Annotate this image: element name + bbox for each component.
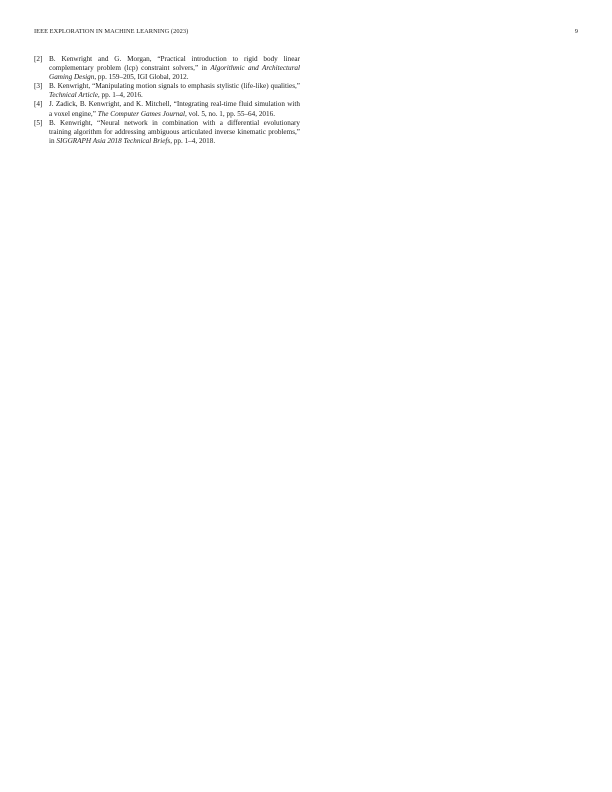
journal-title: IEEE EXPLORATION IN MACHINE LEARNING (20… — [34, 28, 188, 35]
reference-details: , pp. 1–4, 2016. — [98, 91, 143, 99]
reference-venue: Technical Article — [49, 91, 98, 99]
reference-details: , vol. 5, no. 1, pp. 55–64, 2016. — [185, 110, 275, 118]
reference-item: [2]B. Kenwright and G. Morgan, “Practica… — [34, 55, 300, 82]
running-header: IEEE EXPLORATION IN MACHINE LEARNING (20… — [34, 28, 578, 38]
reference-number: [4] — [34, 100, 42, 109]
reference-text: B. Kenwright, “Manipulating motion signa… — [49, 82, 300, 90]
reference-details: , pp. 159–205, IGI Global, 2012. — [94, 73, 188, 81]
reference-venue: SIGGRAPH Asia 2018 Technical Briefs — [56, 137, 170, 145]
reference-venue: The Computer Games Journal — [98, 110, 185, 118]
page-number: 9 — [575, 28, 578, 35]
reference-details: , pp. 1–4, 2018. — [170, 137, 215, 145]
reference-number: [2] — [34, 55, 42, 64]
reference-number: [5] — [34, 119, 42, 128]
reference-list: [2]B. Kenwright and G. Morgan, “Practica… — [34, 55, 300, 146]
reference-item: [5]B. Kenwright, “Neural network in comb… — [34, 119, 300, 146]
reference-item: [4]J. Zadick, B. Kenwright, and K. Mitch… — [34, 100, 300, 118]
reference-number: [3] — [34, 82, 42, 91]
reference-item: [3]B. Kenwright, “Manipulating motion si… — [34, 82, 300, 100]
